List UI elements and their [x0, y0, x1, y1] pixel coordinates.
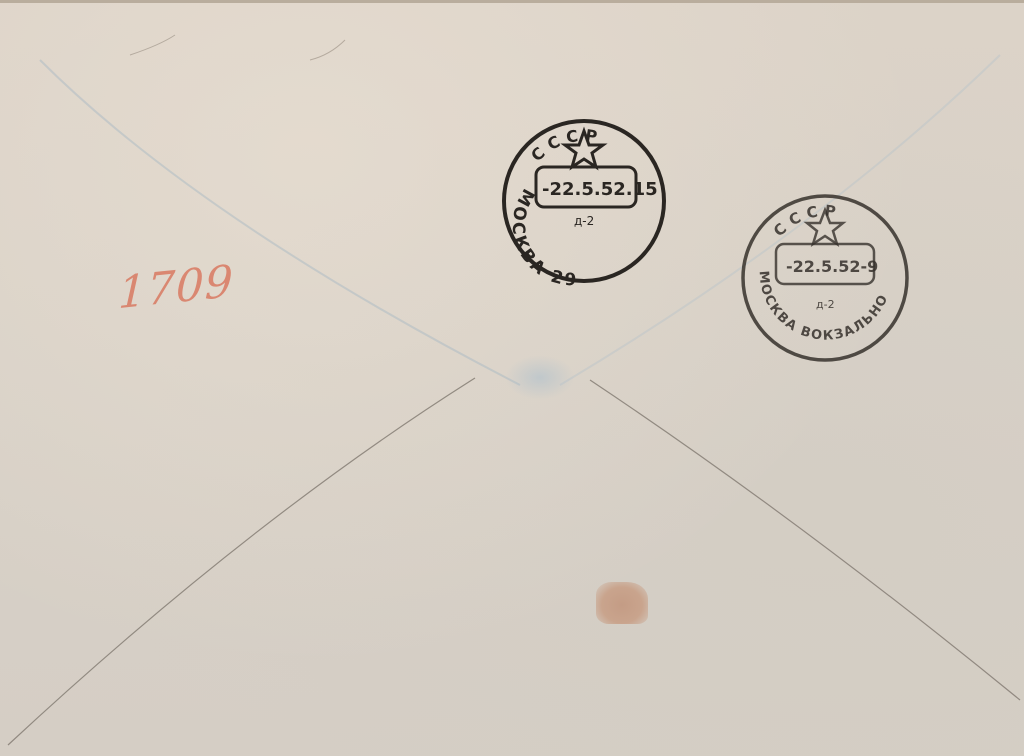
- svg-text:МОСКВА 29: МОСКВА 29: [507, 185, 579, 287]
- seal-mark: [505, 355, 575, 400]
- postmark-index: д-2: [816, 298, 835, 311]
- postmark-moscow-station: СССР -22.5.52-9 д-2 МОСКВА ВОКЗАЛЬНОЕ: [738, 186, 912, 368]
- postmark-bottom-text: МОСКВА 29: [507, 185, 579, 287]
- postmark-index: д-2: [574, 214, 594, 228]
- envelope-back: СССР -22.5.52.15 д-2 МОСКВА 29 СССР -22.…: [0, 0, 1024, 756]
- postmark-date: -22.5.52.15: [542, 179, 658, 200]
- postmark-moscow-29: СССР -22.5.52.15 д-2 МОСКВА 29: [498, 115, 670, 287]
- paper-stain: [596, 582, 648, 624]
- postmark-date: -22.5.52-9: [786, 257, 878, 276]
